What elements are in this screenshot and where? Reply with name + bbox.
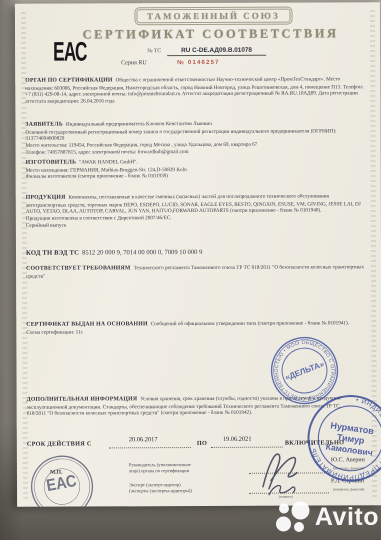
nurmatov-line3: Камолович xyxy=(325,441,373,457)
body-stamp-center-text: ЕАС xyxy=(45,472,78,495)
number-label: № ТС xyxy=(147,48,161,54)
nurmatov-stamp: • ИНДИВИДУАЛЬНЫЙ ПРЕДПРИНИМАТЕЛЬ • Нурма… xyxy=(300,388,381,489)
avito-watermark-text: Avito xyxy=(315,503,379,532)
expert-signature-label: Эксперт (эксперт-аудитор) (эксперты (экс… xyxy=(129,482,251,494)
series-label: Серия RU xyxy=(121,60,147,66)
customs-union-banner: ТАМОЖЕННЫЙ СОЮЗ xyxy=(134,7,293,26)
section-label: ДОПОЛНИТЕЛЬНАЯ ИНФОРМАЦИЯ xyxy=(27,396,138,402)
section-products: ПРОДУКЦИЯКомпоненты, поставляемые в каче… xyxy=(26,193,370,229)
certificate-page: ТАМОЖЕННЫЙ СОЮЗ СЕРТИФИКАТ СООТВЕТСТВИЯ … xyxy=(15,2,381,507)
certificate-number-line: № ТСRU C-DE.АД09.В.01078 xyxy=(15,46,380,55)
avito-logo-icon xyxy=(275,501,311,534)
avito-watermark: Avito xyxy=(275,501,379,534)
expert-handwritten-signature xyxy=(265,481,301,499)
section-text: Индивидуальный предприниматель Клочков К… xyxy=(25,121,336,156)
section-label: СЕРТИФИКАТ ВЫДАН НА ОСНОВАНИИ xyxy=(26,321,147,328)
serial-number: № 0146257 xyxy=(177,60,220,66)
section-label: ОРГАН ПО СЕРТИФИКАЦИИ xyxy=(25,77,112,83)
expert-name-sublabel: (инициалы, фамилия) xyxy=(333,487,364,491)
section-hs-code: КОД ТН ВЭД ТС8512 20 000 9, 7014 00 000 … xyxy=(26,248,370,258)
section-label: КОД ТН ВЭД ТС xyxy=(26,250,79,257)
section-text: Компоненты, поставляемые в качестве смен… xyxy=(26,193,361,228)
section-label: ЗАЯВИТЕЛЬ xyxy=(25,122,62,128)
head-signature-label: Руководитель (уполномоченное лицо) орган… xyxy=(129,462,251,474)
validity-from-label: СРОК ДЕЙСТВИЯ С xyxy=(27,440,92,447)
validity-from-date: 20.06.2017 xyxy=(129,436,158,443)
section-certification-body: ОРГАН ПО СЕРТИФИКАЦИИОбщества с ограниче… xyxy=(25,76,369,105)
eac-mark-icon: ЕАС xyxy=(53,38,81,79)
section-text: 8512 20 000 9, 7014 00 000 0, 7009 10 00… xyxy=(82,249,202,257)
photo-of-certificate: ТАМОЖЕННЫЙ СОЮЗ СЕРТИФИКАТ СООТВЕТСТВИЯ … xyxy=(0,0,381,540)
certificate-number: RU C-DE.АД09.В.01078 xyxy=(167,47,266,56)
validity-to-label: ПО xyxy=(197,440,207,447)
section-label: СООТВЕТСТВУЕТ ТРЕБОВАНИЯМ xyxy=(26,265,131,271)
section-complies-with: СООТВЕТСТВУЕТ ТРЕБОВАНИЯМТехнического ре… xyxy=(26,264,370,280)
section-manufacturer: ИЗГОТОВИТЕЛЬ"AWAK HANDEL GmbH". Место на… xyxy=(26,158,370,181)
section-label: ПРОДУКЦИЯ xyxy=(26,195,66,201)
section-applicant: ЗАЯВИТЕЛЬИндивидуальный предприниматель … xyxy=(25,120,369,156)
validity-to-date: 19.06.2021 xyxy=(223,436,252,443)
section-label: ИЗГОТОВИТЕЛЬ xyxy=(26,160,77,166)
certification-body-stamp: ЕАС xyxy=(24,448,101,507)
delta-center-text: «ДЕЛЬТА» xyxy=(284,359,326,382)
form-line xyxy=(109,446,191,448)
